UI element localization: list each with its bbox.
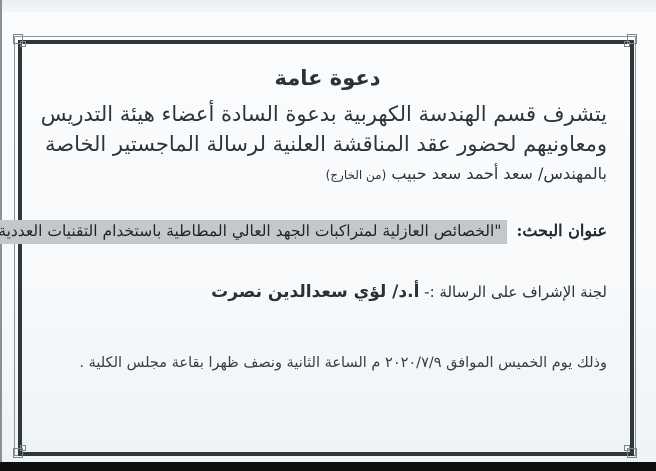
invitation-line-2: ومعاونيهم لحضور عقد المناقشة العلنية لرس… (45, 132, 607, 156)
corner-ornament-inner-bottom-left (20, 445, 26, 451)
candidate-name: بالمهندس/ سعد أحمد سعد حبيب (391, 164, 607, 183)
invitation-line-3: بالمهندس/ سعد أحمد سعد حبيب (من الخارج) (326, 164, 607, 183)
scan-top-shade (0, 0, 656, 12)
supervision-row: لجنة الإشراف على الرسالة :- أ.د/ لؤي سعد… (211, 282, 607, 302)
date-venue-line: وذلك يوم الخميس الموافق ٢٠٢٠/٧/٩ م الساع… (79, 355, 607, 371)
corner-ornament-inner-top-left (20, 41, 26, 47)
invitation-line-1: يتشرف قسم الهندسة الكهربية بدعوة السادة … (41, 102, 607, 126)
research-label: عنوان البحث: (517, 221, 608, 240)
research-title-row: عنوان البحث: "الخصائص العازلية لمتراكبات… (0, 220, 607, 244)
document-heading: دعوة عامة (40, 66, 615, 90)
corner-ornament-inner-top-right (624, 41, 630, 47)
supervision-label: لجنة الإشراف على الرسالة :- (424, 283, 607, 301)
candidate-note: (من الخارج) (326, 168, 387, 182)
scan-bottom-strip (0, 462, 656, 471)
research-title-highlighted: "الخصائص العازلية لمتراكبات الجهد العالي… (0, 220, 507, 244)
corner-ornament-inner-bottom-right (624, 445, 630, 451)
supervisor-name: أ.د/ لؤي سعدالدين نصرت (211, 282, 419, 302)
